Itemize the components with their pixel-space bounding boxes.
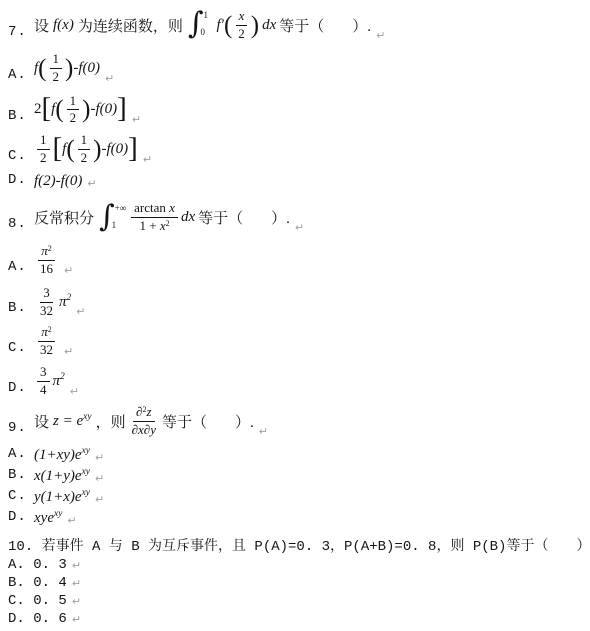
fraction-numerator: 1 bbox=[50, 51, 63, 69]
q9-stem-text-2: ，则 bbox=[96, 411, 126, 432]
option-expression: y(1+x)exy bbox=[34, 489, 90, 506]
question-9-option-c: C. y(1+x)exy ↵ bbox=[8, 488, 586, 507]
option-text: D. 0. 6 bbox=[8, 611, 67, 627]
option-expression: -f(0) bbox=[91, 101, 118, 118]
question-8-option-b: B. 3 32 π2 ↵ bbox=[8, 285, 586, 320]
option-label: B. bbox=[8, 300, 34, 319]
question-10-option-c: C. 0. 5 ↵ bbox=[8, 593, 586, 609]
fraction-denominator: 2 bbox=[78, 150, 91, 167]
q8-dx: dx bbox=[181, 209, 195, 226]
fraction-denominator: ∂x∂y bbox=[129, 422, 159, 439]
option-label: C. bbox=[8, 340, 34, 359]
coefficient-fraction: 1 2 bbox=[37, 132, 50, 167]
fraction-numerator: 3 bbox=[37, 364, 50, 382]
question-7-option-c: C. 1 2 [ f ( 1 2 ) -f(0) ] ↵ bbox=[8, 132, 586, 167]
fraction-denominator: 2 bbox=[50, 69, 63, 86]
question-7-number: 7. bbox=[8, 24, 34, 43]
question-8-option-d: D. 3 4 π2 ↵ bbox=[8, 364, 586, 399]
question-8-number: 8. bbox=[8, 216, 34, 235]
return-mark-icon: ↵ bbox=[70, 385, 79, 399]
paren-open: ( bbox=[38, 56, 46, 81]
exponent: 2 bbox=[48, 244, 52, 253]
fraction-denominator: 4 bbox=[37, 382, 50, 399]
option-label: A. bbox=[8, 259, 34, 278]
pi-symbol: π bbox=[59, 294, 67, 310]
expression-base: x(1+y)e bbox=[34, 468, 82, 484]
return-mark-icon: ↵ bbox=[95, 472, 104, 486]
q8-stem-text-2: 等于（ bbox=[198, 207, 243, 228]
return-mark-icon: ↵ bbox=[95, 493, 104, 507]
fraction-denominator: 32 bbox=[37, 303, 56, 320]
q7-f-prime: f′ bbox=[217, 17, 224, 34]
partial-derivative-fraction: ∂2z ∂x∂y bbox=[129, 404, 159, 439]
den-text: 1 + bbox=[139, 218, 159, 233]
option-text: C. 0. 5 bbox=[8, 593, 67, 609]
q7-stem-text-1: 设 bbox=[34, 15, 49, 36]
option-text: A. 0. 3 bbox=[8, 557, 67, 573]
option-label: D. bbox=[8, 509, 34, 528]
exam-questions-document: 7. 设 f(x) 为连续函数，则 ∫ 1 0 f′ ( x 2 ) dx 等于… bbox=[0, 0, 590, 631]
question-8-option-a: A. π2 16 ↵ bbox=[8, 243, 586, 278]
question-7-option-a: A. f ( 1 2 ) -f(0) ↵ bbox=[8, 51, 586, 86]
option-expression: -f(0) bbox=[102, 141, 129, 158]
exponent-xy: xy bbox=[83, 412, 91, 422]
math-z: z bbox=[146, 404, 151, 419]
fraction-numerator: 1 bbox=[78, 132, 91, 150]
expression-base: xye bbox=[34, 510, 54, 526]
q9-stem-text-4: ）. bbox=[235, 411, 254, 432]
fraction-numerator: arctan x bbox=[131, 200, 178, 218]
paren-close: ) bbox=[82, 97, 90, 122]
fraction-numerator: π2 bbox=[38, 324, 55, 342]
fraction-denominator: 2 bbox=[37, 150, 50, 167]
exponent-xy: xy bbox=[54, 509, 62, 519]
pi-symbol: π bbox=[53, 373, 61, 389]
fraction-numerator: 1 bbox=[37, 132, 50, 150]
paren-open: ( bbox=[55, 97, 63, 122]
fraction: 1 2 bbox=[50, 51, 63, 86]
q7-stem-text-2: 为连续函数，则 bbox=[78, 15, 183, 36]
fraction-numerator: x bbox=[236, 8, 248, 26]
math-x: x bbox=[169, 200, 175, 215]
return-mark-icon: ↵ bbox=[72, 595, 81, 609]
q9-equation: z = exy bbox=[53, 413, 92, 430]
question-9-option-b: B. x(1+y)exy ↵ bbox=[8, 467, 586, 486]
fraction-numerator: 3 bbox=[40, 285, 53, 303]
option-label: D. bbox=[8, 172, 34, 191]
exponent-xy: xy bbox=[82, 467, 90, 477]
option-label: A. bbox=[8, 446, 34, 465]
return-mark-icon: ↵ bbox=[259, 425, 268, 439]
fraction: π2 16 bbox=[37, 243, 56, 278]
option-expression: f(2)-f(0) bbox=[34, 173, 82, 190]
return-mark-icon: ↵ bbox=[76, 305, 85, 319]
question-9-option-d: D. xyexy ↵ bbox=[8, 509, 586, 528]
fraction-denominator: 2 bbox=[67, 110, 80, 127]
q9-stem-text-1: 设 bbox=[34, 411, 49, 432]
bracket-open: [ bbox=[42, 94, 52, 123]
option-text: B. 0. 4 bbox=[8, 575, 67, 591]
fraction: 3 4 bbox=[37, 364, 50, 399]
return-mark-icon: ↵ bbox=[72, 613, 81, 627]
fraction-numerator: ∂2z bbox=[133, 404, 155, 422]
fraction-numerator: π2 bbox=[38, 243, 55, 261]
pi-squared: π2 bbox=[53, 373, 65, 390]
question-8-option-c: C. π2 32 ↵ bbox=[8, 324, 586, 359]
fraction: x 2 bbox=[235, 8, 248, 43]
return-mark-icon: ↵ bbox=[143, 153, 152, 167]
option-label: D. bbox=[8, 380, 34, 399]
return-mark-icon: ↵ bbox=[64, 264, 73, 278]
exponent-xy: xy bbox=[82, 446, 90, 456]
q7-stem-text-4: ）. bbox=[352, 15, 371, 36]
q9-stem-text-3: 等于（ bbox=[162, 411, 207, 432]
pi-symbol: π bbox=[41, 243, 48, 258]
bracket-open: [ bbox=[53, 134, 63, 163]
option-expression: (1+xy)exy bbox=[34, 447, 90, 464]
return-mark-icon: ↵ bbox=[376, 29, 385, 43]
paren-open: ( bbox=[224, 13, 232, 38]
fraction: 3 32 bbox=[37, 285, 56, 320]
arctan-text: arctan bbox=[134, 200, 169, 215]
question-10-stem: 10. 若事件 A 与 B 为互斥事件，且 P(A)=0. 3，P(A+B)=0… bbox=[8, 535, 586, 555]
option-label: B. bbox=[8, 108, 34, 127]
expression-base: (1+xy)e bbox=[34, 447, 82, 463]
q7-dx: dx bbox=[262, 17, 276, 34]
question-10-text: 10. 若事件 A 与 B 为互斥事件，且 P(A)=0. 3，P(A+B)=0… bbox=[8, 535, 590, 555]
fraction-denominator: 16 bbox=[37, 261, 56, 278]
question-10-option-b: B. 0. 4 ↵ bbox=[8, 575, 586, 591]
question-7-stem: 7. 设 f(x) 为连续函数，则 ∫ 1 0 f′ ( x 2 ) dx 等于… bbox=[8, 8, 586, 43]
pi-symbol: π bbox=[41, 324, 48, 339]
integral-sign-icon: ∫ bbox=[99, 202, 115, 232]
exponent: 2 bbox=[67, 293, 72, 303]
exponent: 2 bbox=[48, 325, 52, 334]
bracket-close: ] bbox=[117, 94, 127, 123]
math-x: x bbox=[160, 218, 166, 233]
paren-close: ) bbox=[93, 137, 101, 162]
question-9-number: 9. bbox=[8, 420, 34, 439]
fraction: 1 2 bbox=[67, 93, 80, 128]
question-10-option-d: D. 0. 6 ↵ bbox=[8, 611, 586, 627]
fraction: π2 32 bbox=[37, 324, 56, 359]
return-mark-icon: ↵ bbox=[72, 577, 81, 591]
coefficient: 2 bbox=[34, 101, 42, 118]
option-label: B. bbox=[8, 467, 34, 486]
option-label: C. bbox=[8, 148, 34, 167]
return-mark-icon: ↵ bbox=[67, 514, 76, 528]
integral-limits: +∞ 1 bbox=[115, 203, 127, 233]
option-expression: x(1+y)exy bbox=[34, 468, 90, 485]
option-expression: xyexy bbox=[34, 510, 62, 527]
question-9-option-a: A. (1+xy)exy ↵ bbox=[8, 446, 586, 465]
return-mark-icon: ↵ bbox=[105, 72, 114, 86]
z-equals-e: z = e bbox=[53, 413, 83, 429]
q8-stem-text-1: 反常积分 bbox=[34, 207, 94, 228]
pi-squared: π2 bbox=[59, 294, 71, 311]
question-10-option-a: A. 0. 3 ↵ bbox=[8, 557, 586, 573]
return-mark-icon: ↵ bbox=[132, 113, 141, 127]
fraction-denominator: 1 + x2 bbox=[136, 218, 172, 235]
q7-stem-text-3: 等于（ bbox=[279, 15, 324, 36]
paren-close: ) bbox=[251, 13, 259, 38]
paren-close: ) bbox=[65, 56, 73, 81]
paren-open: ( bbox=[66, 137, 74, 162]
exponent: 2 bbox=[142, 405, 146, 414]
q8-stem-text-3: ）. bbox=[271, 207, 290, 228]
fraction: 1 2 bbox=[78, 132, 91, 167]
return-mark-icon: ↵ bbox=[87, 177, 96, 191]
return-mark-icon: ↵ bbox=[295, 221, 304, 235]
integral-limits: 1 0 bbox=[204, 10, 215, 40]
option-expression: -f(0) bbox=[73, 60, 100, 77]
return-mark-icon: ↵ bbox=[64, 345, 73, 359]
fraction-denominator: 2 bbox=[235, 26, 248, 43]
question-7-option-b: B. 2 [ f ( 1 2 ) -f(0) ] ↵ bbox=[8, 93, 586, 128]
fraction-numerator: 1 bbox=[67, 93, 80, 111]
option-label: A. bbox=[8, 67, 34, 86]
expression-base: y(1+x)e bbox=[34, 489, 82, 505]
fraction: arctan x 1 + x2 bbox=[131, 200, 178, 235]
fraction-denominator: 32 bbox=[37, 342, 56, 359]
question-9-stem: 9. 设 z = exy ，则 ∂2z ∂x∂y 等于（ ）. ↵ bbox=[8, 404, 586, 439]
exponent: 2 bbox=[166, 219, 170, 228]
integral-upper-limit: 1 bbox=[204, 11, 215, 20]
question-8-stem: 8. 反常积分 ∫ +∞ 1 arctan x 1 + x2 dx 等于（ ）.… bbox=[8, 200, 586, 235]
exponent: 2 bbox=[60, 372, 65, 382]
integral-upper-limit: +∞ bbox=[115, 204, 127, 213]
q7-stem-fx: f(x) bbox=[53, 17, 74, 34]
integral: ∫ 1 0 bbox=[188, 10, 215, 40]
return-mark-icon: ↵ bbox=[72, 559, 81, 573]
integral: ∫ +∞ 1 bbox=[99, 203, 126, 233]
option-label: C. bbox=[8, 488, 34, 507]
exponent-xy: xy bbox=[82, 488, 90, 498]
question-7-option-d: D. f(2)-f(0) ↵ bbox=[8, 172, 586, 191]
bracket-close: ] bbox=[128, 134, 138, 163]
integral-sign-icon: ∫ bbox=[188, 9, 204, 39]
return-mark-icon: ↵ bbox=[95, 451, 104, 465]
